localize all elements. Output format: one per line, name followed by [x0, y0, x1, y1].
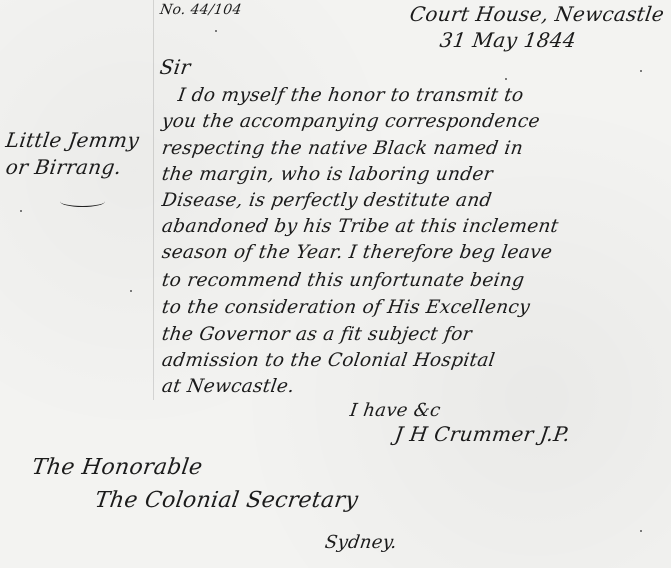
letter-date: 31 May 1844: [438, 28, 577, 52]
scan-speck: [130, 290, 132, 292]
closing: I have &c: [349, 400, 442, 421]
body-line: the margin, who is laboring under: [161, 164, 495, 185]
scan-speck: [20, 210, 22, 212]
body-line: at Newcastle.: [161, 376, 296, 397]
body-line: respecting the native Black named in: [161, 138, 525, 159]
signature: J H Crummer J.P.: [393, 422, 571, 446]
scan-speck: [640, 70, 642, 72]
body-line: to the consideration of His Excellency: [161, 297, 532, 318]
scan-speck: [505, 78, 507, 80]
margin-note-name: Little Jemmy: [4, 128, 140, 152]
body-line: season of the Year. I therefore beg leav…: [161, 242, 554, 263]
body-line: abandoned by his Tribe at this inclement: [161, 216, 560, 237]
letter-page: No. 44/104 Court House, Newcastle 31 May…: [0, 0, 671, 568]
body-line: admission to the Colonial Hospital: [161, 350, 497, 371]
salutation: Sir: [158, 55, 192, 79]
body-line: you the accompanying correspondence: [161, 111, 542, 132]
scan-speck: [640, 530, 642, 532]
body-line: the Governor as a fit subject for: [161, 324, 474, 345]
addressee-title: The Honorable: [30, 455, 204, 480]
body-line: Disease, is perfectly destitute and: [161, 190, 494, 211]
margin-note-alias: or Birrang.: [4, 155, 123, 179]
addressee-city: Sydney.: [324, 532, 399, 553]
reference-number: No. 44/104: [159, 2, 243, 18]
letter-place: Court House, Newcastle: [408, 2, 665, 26]
scan-speck: [215, 30, 217, 32]
body-line: to recommend this unfortunate being: [161, 270, 526, 291]
addressee-office: The Colonial Secretary: [93, 488, 360, 513]
body-line: I do myself the honor to transmit to: [177, 85, 525, 106]
margin-flourish: [60, 196, 105, 207]
margin-rule: [153, 0, 154, 400]
